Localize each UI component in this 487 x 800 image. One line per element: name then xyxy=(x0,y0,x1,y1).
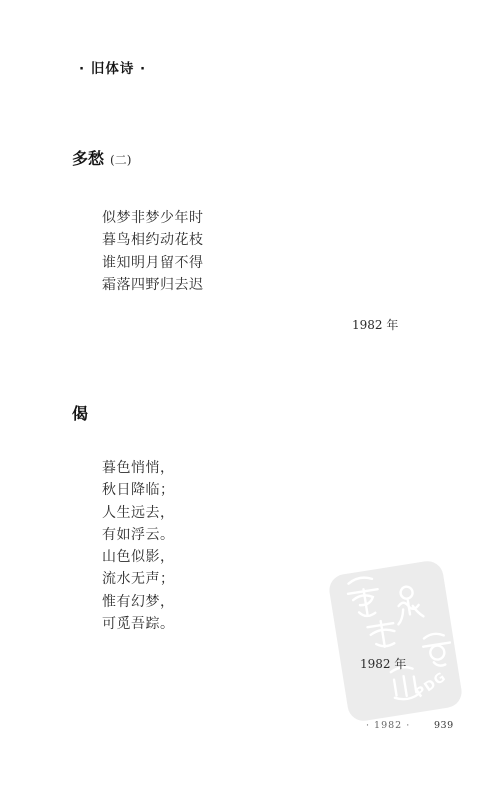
pdg-label: PDG xyxy=(413,669,449,701)
poem-line: 秋日降临； xyxy=(102,479,175,501)
poem-line: 谁知明月留不得 xyxy=(102,252,204,274)
poem-line: 可觅吾踪。 xyxy=(102,613,175,635)
section-header: · 旧体诗 · xyxy=(79,57,146,77)
footer-year: · 1982 · xyxy=(366,720,410,731)
poem-line: 流水无声； xyxy=(102,568,175,590)
seal-script-glyph xyxy=(367,619,397,649)
poem-body: 似梦非梦少年时 暮鸟相约动花枝 谁知明月留不得 霜落四野归去迟 xyxy=(102,207,204,296)
poem-title: 多愁(二) xyxy=(72,146,131,169)
poem-line: 有如浮云。 xyxy=(102,524,175,546)
poem-title-note: (二) xyxy=(110,153,131,167)
poem-title: 偈 xyxy=(72,401,88,424)
poem-title-text: 偈 xyxy=(72,404,88,423)
seal-calligraphy: PDG xyxy=(327,559,464,723)
seal-script-glyph xyxy=(422,632,454,668)
poem-line: 似梦非梦少年时 xyxy=(102,207,204,229)
poem-line: 人生远去， xyxy=(102,502,175,524)
seal-script-glyph xyxy=(346,576,382,619)
poem-date: 1982 年 xyxy=(352,316,398,333)
poem-line: 暮色悄悄， xyxy=(102,457,175,479)
poem-line: 暮鸟相约动花枝 xyxy=(102,229,204,251)
poem-date: 1982 年 xyxy=(360,655,406,672)
poem-line: 山色似影， xyxy=(102,546,175,568)
poem-line: 惟有幻梦， xyxy=(102,591,175,613)
page-number: 939 xyxy=(434,720,454,731)
poem-line: 霜落四野归去迟 xyxy=(102,274,204,296)
poem-title-text: 多愁 xyxy=(72,149,104,168)
pdg-watermark-seal: PDG xyxy=(327,559,464,723)
poem-body: 暮色悄悄， 秋日降临； 人生远去， 有如浮云。 山色似影， 流水无声； 惟有幻梦… xyxy=(102,457,175,635)
seal-script-glyph xyxy=(393,585,424,625)
book-page: · 旧体诗 · 多愁(二) 似梦非梦少年时 暮鸟相约动花枝 谁知明月留不得 霜落… xyxy=(0,0,487,800)
